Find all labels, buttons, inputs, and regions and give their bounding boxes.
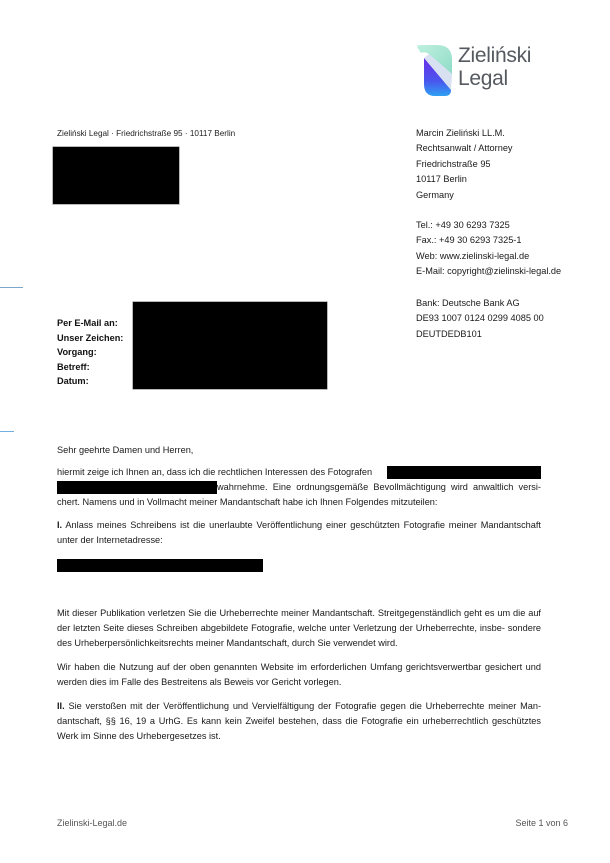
- contact-email: E-Mail: copyright@zielinski-legal.de: [416, 264, 561, 279]
- label-subject: Betreff:: [57, 360, 123, 375]
- attorney-country: Germany: [416, 188, 513, 203]
- redacted-photographer-name: [387, 466, 541, 479]
- section-2-label: II.: [57, 701, 65, 711]
- contact-fax: Fax.: +49 30 6293 7325-1: [416, 233, 561, 248]
- fold-mark-hole-punch: [0, 431, 14, 432]
- label-case: Vorgang:: [57, 345, 123, 360]
- intro-line-2: wahrnehme. Eine ordnungsgemäße Bevollmäc…: [217, 480, 541, 495]
- footer-page-number: Seite 1 von 6: [515, 818, 568, 828]
- contact-phone: Tel.: +49 30 6293 7325: [416, 218, 561, 233]
- redacted-photographer-name-continued: [57, 481, 217, 494]
- contact-communication-block: Tel.: +49 30 6293 7325 Fax.: +49 30 6293…: [416, 218, 561, 280]
- section-2-paragraph: II. Sie verstoßen mit der Veröffentlichu…: [57, 699, 541, 744]
- attorney-name: Marcin Zieliński LL.M.: [416, 126, 513, 141]
- logo-line-1: Zieliński: [458, 44, 531, 67]
- intro-line-1: hiermit zeige ich Ihnen an, dass ich die…: [57, 465, 387, 480]
- section-2-text: Sie verstoßen mit der Veröffentlichung u…: [57, 701, 541, 741]
- evidence-paragraph: Wir haben die Nutzung auf der oben genan…: [57, 660, 541, 690]
- label-email-to: Per E-Mail an:: [57, 316, 123, 331]
- logo-line-2: Legal: [458, 67, 531, 90]
- redacted-infringing-url: [57, 559, 263, 572]
- redacted-reference-values: [133, 302, 327, 389]
- publication-paragraph: Mit dieser Publikation verletzen Sie die…: [57, 606, 541, 651]
- contact-attorney-block: Marcin Zieliński LL.M. Rechtsanwalt / At…: [416, 126, 513, 203]
- attorney-city: 10117 Berlin: [416, 172, 513, 187]
- label-our-reference: Unser Zeichen:: [57, 331, 123, 346]
- bank-name: Bank: Deutsche Bank AG: [416, 296, 544, 311]
- redacted-recipient-address: [53, 147, 179, 204]
- contact-bank-block: Bank: Deutsche Bank AG DE93 1007 0124 02…: [416, 296, 544, 342]
- label-date: Datum:: [57, 374, 123, 389]
- fold-mark-top: [0, 287, 23, 288]
- logo-mark-icon: [415, 44, 455, 98]
- sender-return-address: Zieliński Legal · Friedrichstraße 95 · 1…: [57, 129, 235, 138]
- section-1-paragraph: I. Anlass meines Schreibens ist die uner…: [57, 518, 541, 548]
- contact-web: Web: www.zielinski-legal.de: [416, 249, 561, 264]
- bank-iban: DE93 1007 0124 0299 4085 00: [416, 311, 544, 326]
- bank-bic: DEUTDEDB101: [416, 327, 544, 342]
- logo-wordmark: Zieliński Legal: [458, 44, 531, 90]
- reference-labels: Per E-Mail an: Unser Zeichen: Vorgang: B…: [57, 316, 123, 389]
- salutation: Sehr geehrte Damen und Herren,: [57, 443, 541, 458]
- attorney-street: Friedrichstraße 95: [416, 157, 513, 172]
- section-1-text: Anlass meines Schreibens ist die unerlau…: [57, 520, 541, 545]
- attorney-title: Rechtsanwalt / Attorney: [416, 141, 513, 156]
- footer-website: Zielinski-Legal.de: [57, 818, 127, 828]
- intro-line-3: chert. Namens und in Vollmacht meiner Ma…: [57, 495, 541, 510]
